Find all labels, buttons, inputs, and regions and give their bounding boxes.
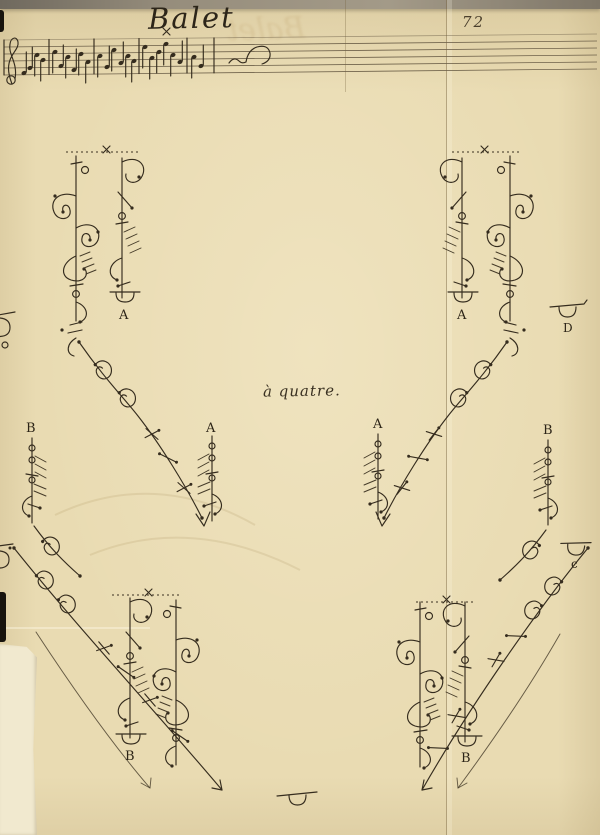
music-staff bbox=[4, 28, 597, 84]
marker-label-c: c bbox=[571, 557, 578, 571]
figure-label-bottom-right: B bbox=[461, 751, 471, 766]
dance-path-right-upper-diagonal bbox=[376, 340, 509, 526]
dance-figure-mid-right-outer bbox=[498, 440, 557, 582]
figure-label-mid-right-inner: A bbox=[372, 417, 383, 432]
dance-path-left-lower-diagonal bbox=[12, 546, 222, 790]
dancer-marker-right-upper bbox=[550, 300, 587, 317]
dancer-marker-left-lower-partial bbox=[0, 544, 13, 568]
cross-mark-above-staff bbox=[163, 28, 170, 35]
dance-figure-bottom-right bbox=[397, 596, 482, 770]
dancer-marker-left-upper-partial bbox=[0, 312, 15, 348]
figure-label-top-left: A bbox=[118, 308, 129, 323]
dance-path-right-lower-diagonal bbox=[422, 546, 590, 790]
bleedthrough-arcs bbox=[55, 494, 300, 570]
dance-figure-top-right bbox=[440, 146, 533, 356]
scanned-dance-notation-page: Balet Balet 72 à quatre. bbox=[0, 0, 600, 835]
presence-marker-bottom bbox=[277, 792, 317, 805]
figure-label-bottom-left: B bbox=[125, 749, 135, 764]
figure-label-top-right: A bbox=[456, 308, 467, 323]
dance-figure-mid-right-inner bbox=[364, 434, 387, 519]
turn-squiggle-mark bbox=[229, 46, 270, 64]
figure-label-mid-right-outer: B bbox=[543, 423, 553, 438]
marker-label-d: D bbox=[563, 321, 573, 335]
dance-figure-top-left bbox=[53, 146, 144, 356]
figure-label-mid-left-outer: B bbox=[26, 421, 36, 436]
figure-label-mid-left-inner: A bbox=[205, 421, 216, 436]
notation-plate-svg: A A B A A B B B D c bbox=[0, 0, 600, 835]
